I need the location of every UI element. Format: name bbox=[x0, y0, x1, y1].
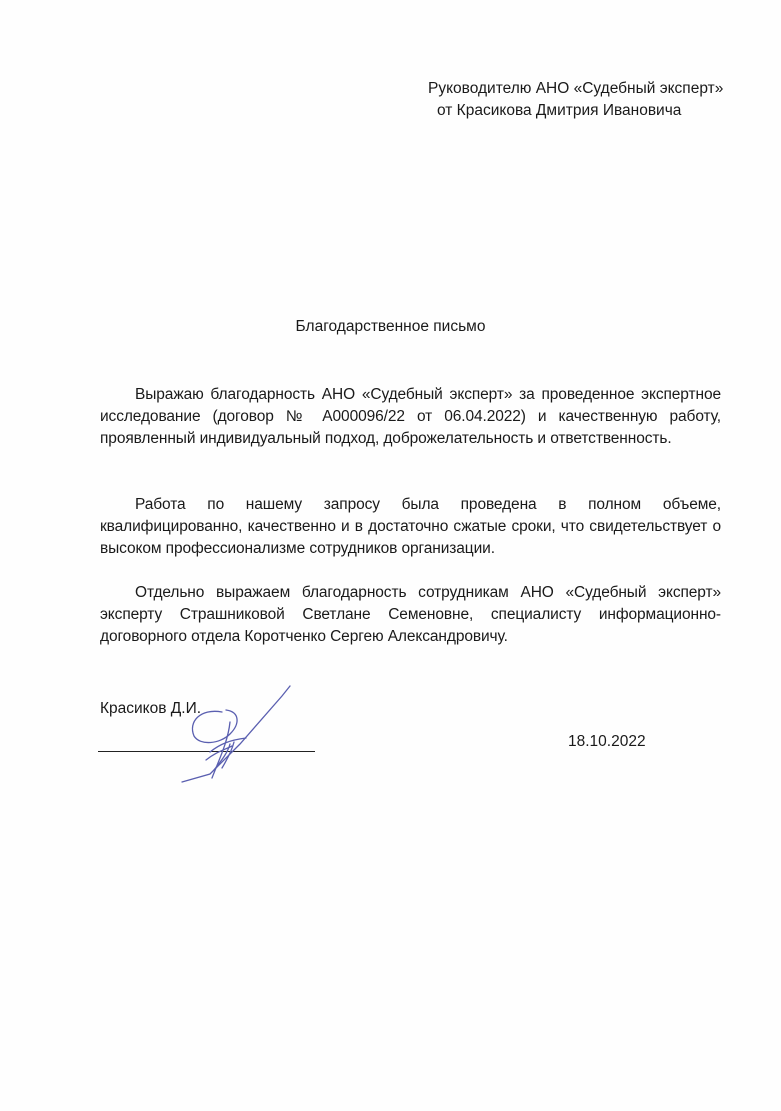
paragraph-3: Отдельно выражаем благодарность сотрудни… bbox=[100, 582, 721, 648]
letter-date: 18.10.2022 bbox=[568, 733, 646, 751]
addressee-recipient: Руководителю АНО «Судебный эксперт» bbox=[428, 78, 723, 100]
letter-page: Руководителю АНО «Судебный эксперт» от К… bbox=[0, 0, 781, 1111]
paragraph-2: Работа по нашему запросу была проведена … bbox=[100, 494, 721, 560]
addressee-sender: от Красикова Дмитрия Ивановича bbox=[428, 100, 723, 122]
addressee-block: Руководителю АНО «Судебный эксперт» от К… bbox=[428, 78, 723, 122]
paragraph-1: Выражаю благодарность АНО «Судебный эксп… bbox=[100, 384, 721, 450]
handwritten-signature bbox=[170, 682, 300, 787]
letter-title: Благодарственное письмо bbox=[0, 318, 781, 336]
